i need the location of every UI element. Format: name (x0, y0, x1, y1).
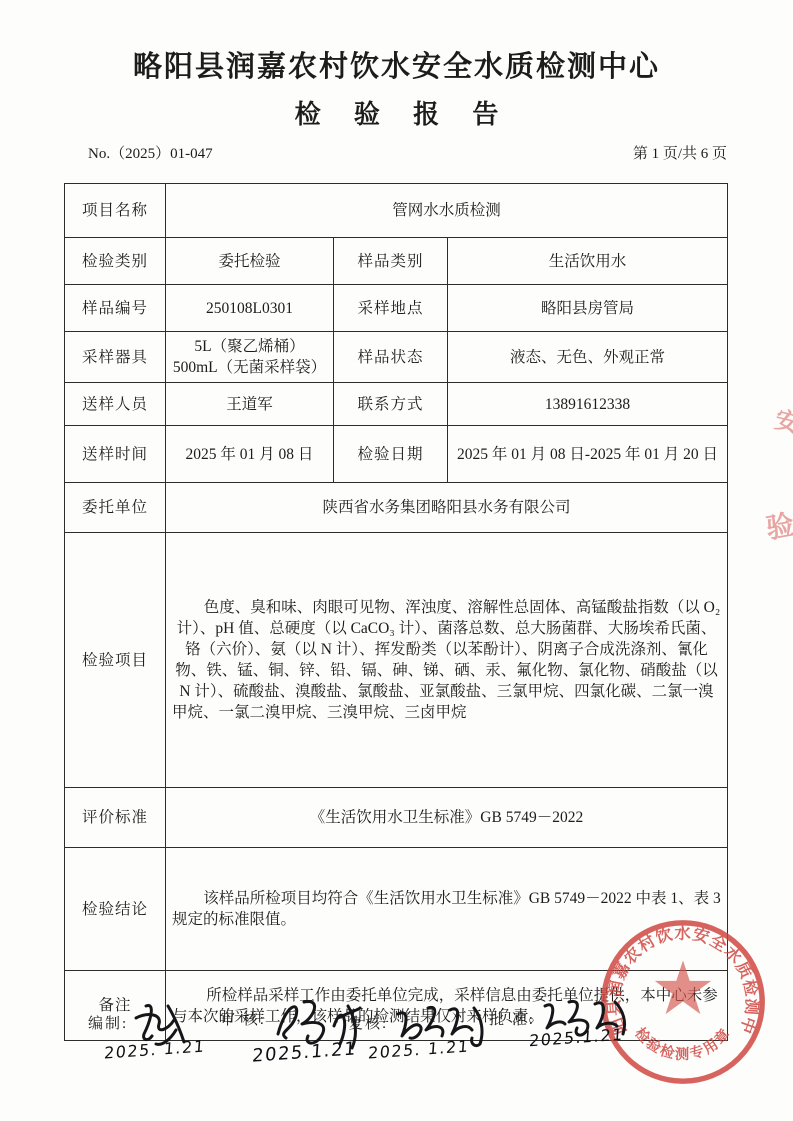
row-value: 2025 年 01 月 08 日 (166, 426, 334, 483)
table-row: 委托单位 陕西省水务集团略阳县水务有限公司 (65, 483, 728, 533)
row-label: 采样地点 (334, 285, 448, 332)
row-value: 略阳县房管局 (448, 285, 728, 332)
row-value: 液态、无色、外观正常 (448, 332, 728, 383)
row-value: 管网水水质检测 (166, 184, 728, 238)
seal-star-icon (655, 960, 711, 1014)
row-label: 采样器具 (65, 332, 166, 383)
row-label: 检验项目 (65, 533, 166, 788)
table-row: 项目名称 管网水水质检测 (65, 184, 728, 238)
row-value: 王道军 (166, 383, 334, 426)
row-value: 250108L0301 (166, 285, 334, 332)
row-label: 样品状态 (334, 332, 448, 383)
row-label: 送样人员 (65, 383, 166, 426)
approved-label: 批 准: (489, 996, 535, 1029)
report-title: 检 验 报 告 (0, 94, 793, 131)
reviewed-label: 审 核: (220, 996, 266, 1029)
table-row: 采样器具 5L（聚乙烯桶） 500mL（无菌采样袋） 样品状态 液态、无色、外观… (65, 332, 728, 383)
row-label: 检验日期 (334, 426, 448, 483)
reviewed-date: 2025.1.21 (251, 1038, 357, 1066)
row-value: 生活饮用水 (448, 238, 728, 285)
prepared-date: 2025. 1.21 (103, 1036, 206, 1062)
svg-text:检验检测专用章: 检验检测专用章 (631, 1024, 735, 1063)
rechecked-date: 2025. 1.21 (367, 1036, 470, 1062)
row-label: 送样时间 (65, 426, 166, 483)
table-row: 送样时间 2025 年 01 月 08 日 检验日期 2025 年 01 月 0… (65, 426, 728, 483)
row-label: 样品编号 (65, 285, 166, 332)
row-label: 样品类别 (334, 238, 448, 285)
seal-edge-mark: 验 (755, 509, 793, 544)
row-label: 联系方式 (334, 383, 448, 426)
reviewed-by-block: 审 核: 2025.1.21 (220, 996, 362, 1057)
row-value: 5L（聚乙烯桶） 500mL（无菌采样袋） (166, 332, 334, 383)
org-name: 略阳县润嘉农村饮水安全水质检测中心 (0, 0, 793, 85)
row-value: 陕西省水务集团略阳县水务有限公司 (166, 483, 728, 533)
table-row: 评价标准 《生活饮用水卫生标准》GB 5749－2022 (65, 788, 728, 848)
seal-bottom-text: 检验检测专用章 (631, 1024, 735, 1063)
row-label: 项目名称 (65, 184, 166, 238)
row-label: 检验类别 (65, 238, 166, 285)
table-row: 样品编号 250108L0301 采样地点 略阳县房管局 (65, 285, 728, 332)
prepared-by-block: 编制: 2025. 1.21 (88, 1000, 190, 1057)
page-indicator: 第 1 页/共 6 页 (633, 142, 727, 163)
row-value: 13891612338 (448, 383, 728, 426)
report-number: No.（2025）01-047 (88, 142, 213, 163)
row-value: 2025 年 01 月 08 日-2025 年 01 月 20 日 (448, 426, 728, 483)
meta-row: No.（2025）01-047 第 1 页/共 6 页 (88, 142, 727, 163)
table-row: 检验类别 委托检验 样品类别 生活饮用水 (65, 238, 728, 285)
row-value: 委托检验 (166, 238, 334, 285)
row-label: 检验结论 (65, 848, 166, 971)
seal-edge-mark: 安 (765, 404, 793, 436)
rechecked-label: 复核: (348, 1000, 388, 1033)
test-items-text: 色度、臭和味、肉眼可见物、浑浊度、溶解性总固体、高锰酸盐指数（以 O₂ 计）、p… (166, 533, 728, 788)
table-row: 送样人员 王道军 联系方式 13891612338 (65, 383, 728, 426)
row-value: 《生活饮用水卫生标准》GB 5749－2022 (166, 788, 728, 848)
row-label: 委托单位 (65, 483, 166, 533)
rechecked-by-block: 复核: 2025. 1.21 (348, 1000, 488, 1055)
row-label: 评价标准 (65, 788, 166, 848)
prepared-label: 编制: (88, 1000, 128, 1033)
report-page: 略阳县润嘉农村饮水安全水质检测中心 检 验 报 告 No.（2025）01-04… (0, 0, 793, 1121)
approved-by-block: 批 准: 2025.1.21 (489, 996, 629, 1049)
table-row: 检验项目 色度、臭和味、肉眼可见物、浑浊度、溶解性总固体、高锰酸盐指数（以 O₂… (65, 533, 728, 788)
